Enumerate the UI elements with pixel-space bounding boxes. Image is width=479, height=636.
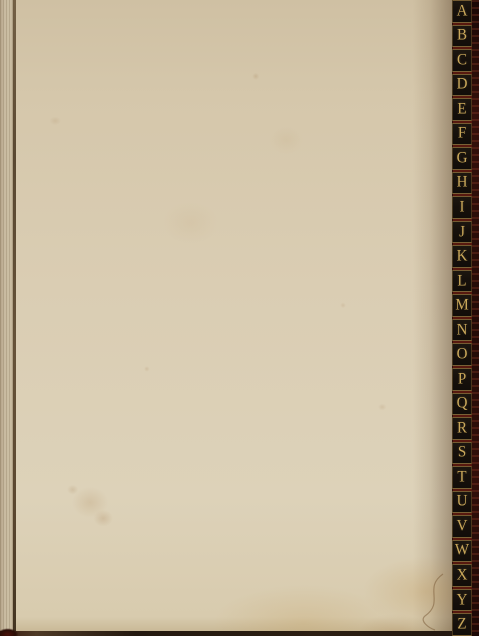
alphabet-thumb-index: ABCDEFGHIJKLMNOPQRSTUVWXYZ xyxy=(452,0,479,636)
tab-letter-label: N xyxy=(457,322,468,338)
tab-letter-u: U xyxy=(452,491,472,514)
tab-letter-label: E xyxy=(457,101,466,117)
tab-letter-e: E xyxy=(452,98,472,121)
tab-letter-label: D xyxy=(457,77,468,93)
tab-letter-q: Q xyxy=(452,393,472,416)
paper-fiber xyxy=(415,572,449,632)
tab-letter-n: N xyxy=(452,319,472,342)
tab-letter-label: M xyxy=(455,298,468,314)
tab-letter-p: P xyxy=(452,368,472,391)
tab-letter-label: O xyxy=(457,347,468,363)
tab-letter-label: F xyxy=(458,126,466,142)
tab-letter-x: X xyxy=(452,564,472,587)
tab-letter-label: J xyxy=(459,224,465,240)
tab-letter-label: P xyxy=(458,371,466,387)
tab-letter-label: T xyxy=(457,469,466,485)
tab-letter-y: Y xyxy=(452,589,472,612)
tab-letter-c: C xyxy=(452,49,472,72)
tab-letter-label: K xyxy=(457,248,468,264)
tab-letter-h: H xyxy=(452,172,472,195)
tab-letter-g: G xyxy=(452,147,472,170)
tab-letter-label: Z xyxy=(457,616,466,632)
tab-letter-v: V xyxy=(452,515,472,538)
tab-letter-label: L xyxy=(457,273,466,289)
book-scan: ABCDEFGHIJKLMNOPQRSTUVWXYZ xyxy=(0,0,479,636)
tab-letter-label: V xyxy=(457,518,468,534)
tab-letter-i: I xyxy=(452,196,472,219)
tab-letter-label: A xyxy=(457,3,468,19)
gutter-shadow xyxy=(13,0,16,636)
tab-letter-label: I xyxy=(460,199,465,215)
tab-letter-m: M xyxy=(452,294,472,317)
blank-page xyxy=(16,0,452,636)
page-block-edge xyxy=(0,0,14,636)
bottom-left-corner-stain xyxy=(0,625,22,636)
tab-letter-label: H xyxy=(457,175,468,191)
tab-letter-label: U xyxy=(457,494,468,510)
tab-letter-t: T xyxy=(452,466,472,489)
tab-letter-label: G xyxy=(457,150,468,166)
tab-letter-j: J xyxy=(452,221,472,244)
tab-letter-l: L xyxy=(452,270,472,293)
book-bottom-edge xyxy=(0,631,452,636)
tab-letter-o: O xyxy=(452,343,472,366)
tab-letter-label: X xyxy=(457,567,468,583)
tab-letter-s: S xyxy=(452,442,472,465)
tab-letter-label: W xyxy=(455,543,469,559)
tab-letter-b: B xyxy=(452,25,472,48)
tab-letter-f: F xyxy=(452,123,472,146)
tab-letter-z: Z xyxy=(452,613,472,636)
tab-letter-label: R xyxy=(457,420,467,436)
tab-letter-d: D xyxy=(452,74,472,97)
tab-letter-label: S xyxy=(458,445,466,461)
tab-letter-label: B xyxy=(457,28,467,44)
tab-letter-a: A xyxy=(452,0,472,23)
tab-letter-label: C xyxy=(457,52,467,68)
tab-letter-w: W xyxy=(452,540,472,563)
tab-letter-k: K xyxy=(452,245,472,268)
tab-letter-r: R xyxy=(452,417,472,440)
tab-letter-label: Q xyxy=(457,396,468,412)
tab-letter-label: Y xyxy=(457,592,468,608)
